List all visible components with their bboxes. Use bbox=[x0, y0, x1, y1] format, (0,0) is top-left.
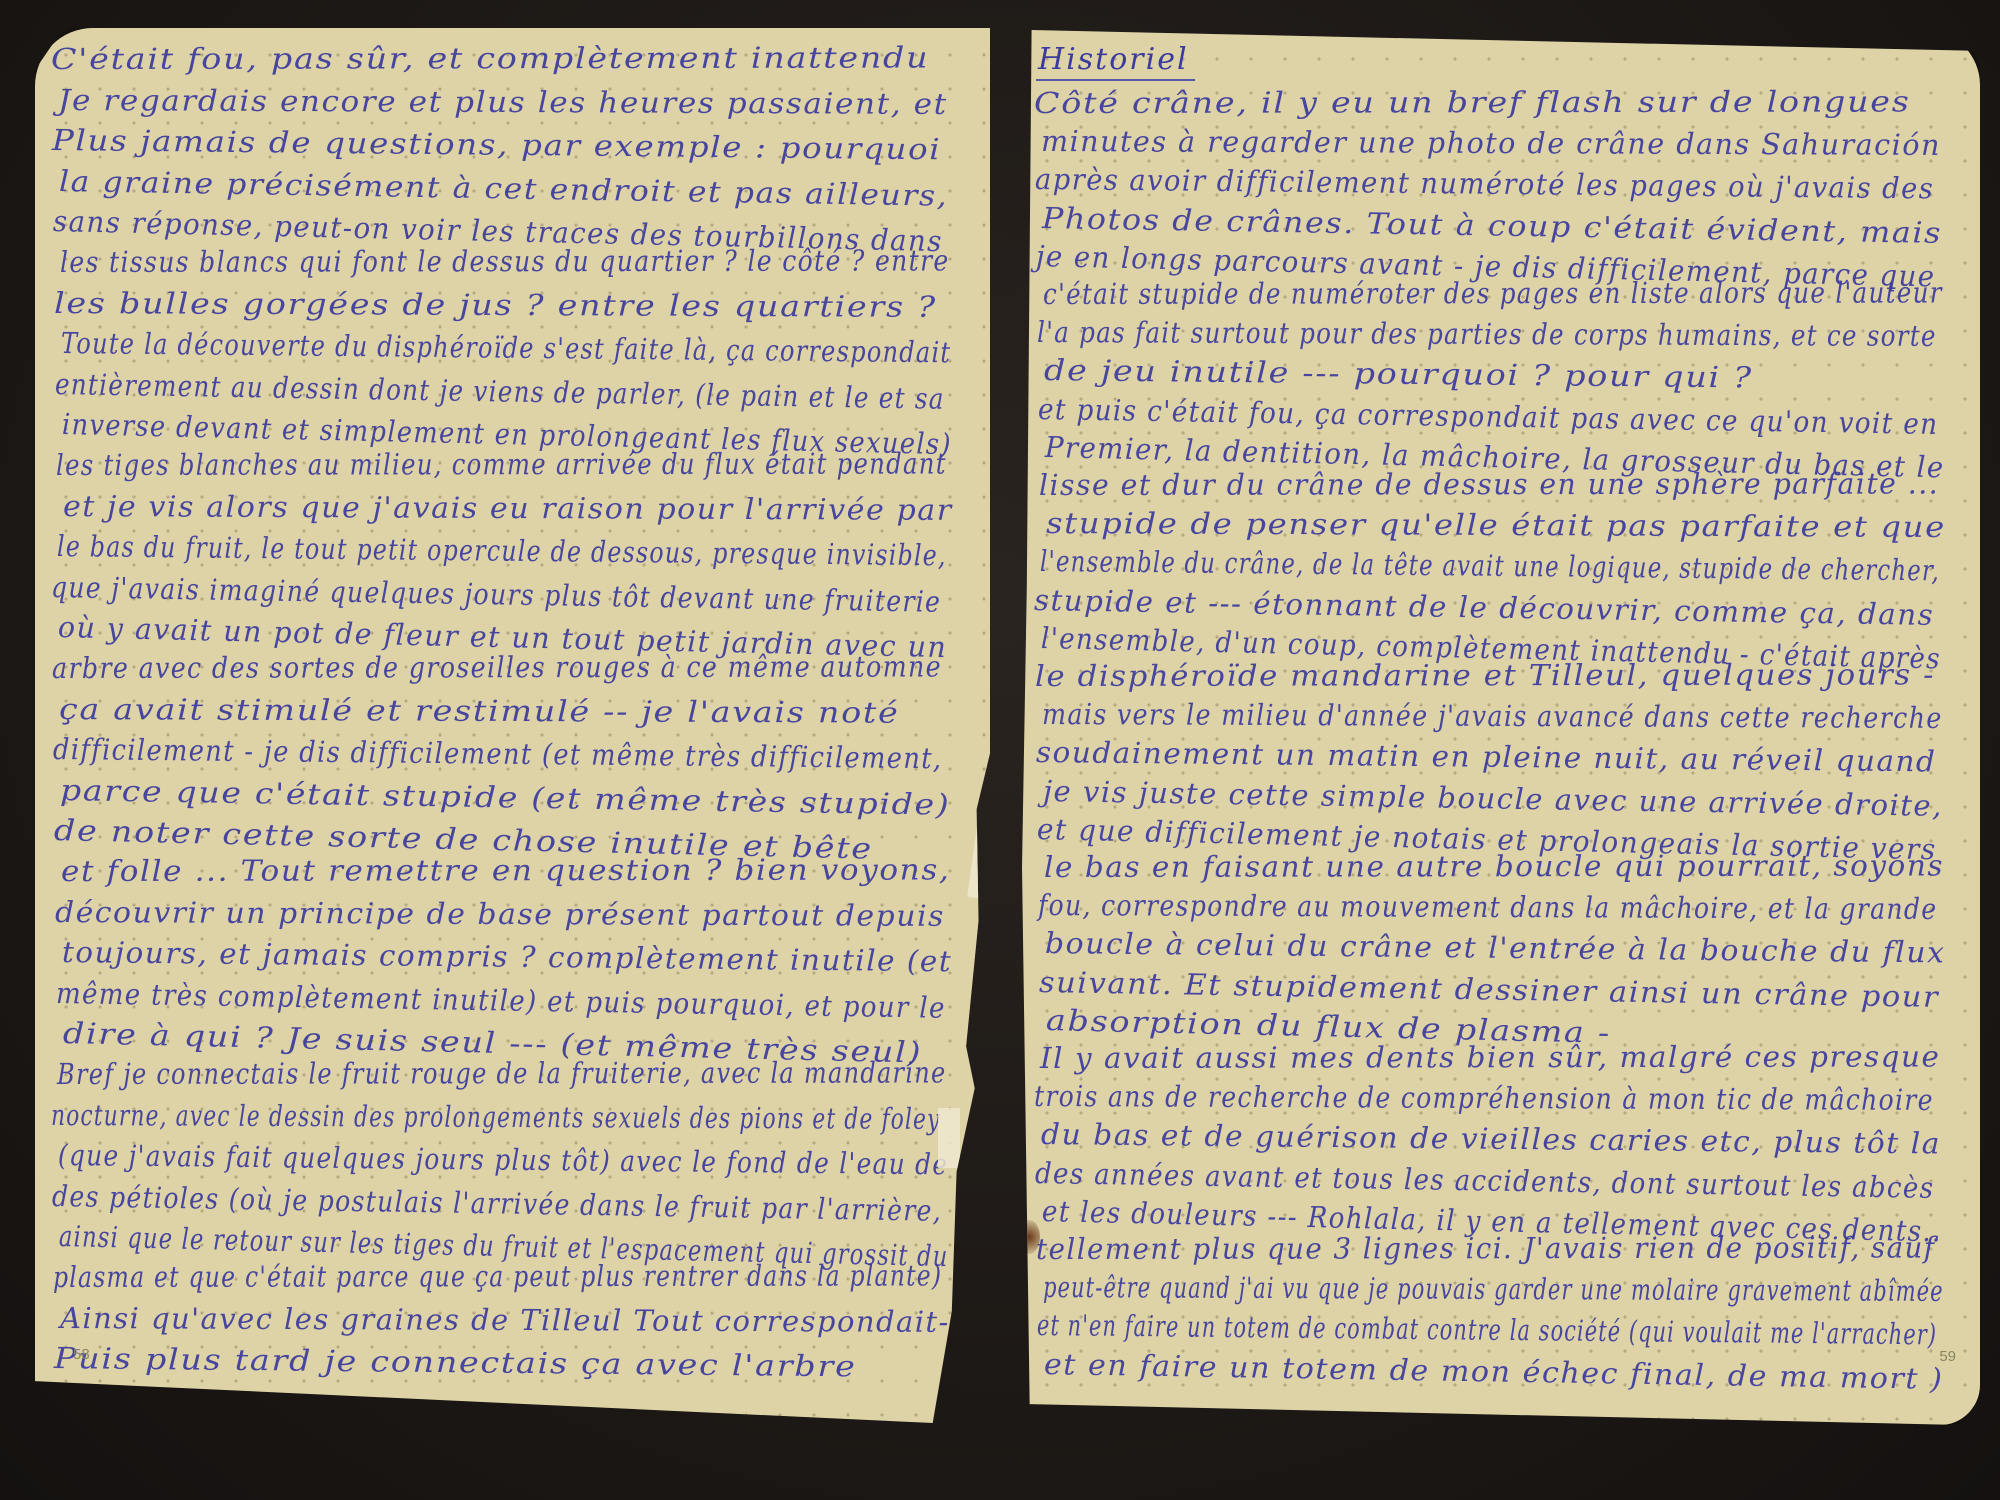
handwritten-line: nocturne, avec le dessin des prolongemen… bbox=[51, 1098, 941, 1136]
handwritten-line: même très complètement inutile) et puis … bbox=[56, 976, 946, 1025]
handwritten-line: Bref je connectais le fruit rouge de la … bbox=[57, 1055, 947, 1091]
handwritten-line: Toute la découverte du disphéroïde s'est… bbox=[61, 326, 952, 369]
handwritten-line: les tiges blanches au milieu, comme arri… bbox=[56, 446, 947, 482]
notebook-page-right: Historiel Côté crâne, il y eu un bref fl… bbox=[1022, 30, 1980, 1425]
handwritten-line: c'était stupide de numéroter des pages e… bbox=[1043, 275, 1943, 311]
handwritten-line: que j'avais imaginé quelques jours plus … bbox=[51, 570, 942, 619]
handwritten-line: des pétioles (où je postulais l'arrivée … bbox=[52, 1179, 943, 1228]
handwritten-line: toujours, et jamais compris ? complèteme… bbox=[62, 935, 953, 978]
handwritten-line: minutes à regarder une photo de crâne da… bbox=[1041, 124, 1941, 162]
handwritten-line: entièrement au dessin dont je viens de p… bbox=[55, 367, 945, 416]
handwritten-line: trois ans de recherche de compréhension … bbox=[1034, 1079, 1934, 1117]
handwritten-line: C'était fou, pas sûr, et complètement in… bbox=[51, 40, 929, 76]
handwritten-line: Ainsi qu'avec les graines de Tilleul Tou… bbox=[60, 1301, 950, 1339]
handwritten-line: peut-être quand j'ai vu que je pouvais g… bbox=[1043, 1270, 1944, 1308]
handwritten-line: Plus jamais de questions, par exemple : … bbox=[52, 123, 942, 166]
handwritten-line: Côté crâne, il y eu un bref flash sur de… bbox=[1034, 84, 1911, 120]
handwritten-line: Je regardais encore et plus les heures p… bbox=[58, 83, 948, 121]
right-page-text: Côté crâne, il y eu un bref flash sur de… bbox=[1022, 30, 1980, 1425]
handwritten-line: du bas et de guérison de vieilles caries… bbox=[1041, 1117, 1941, 1160]
handwritten-line: la graine précisément à cet endroit et p… bbox=[59, 164, 949, 213]
handwritten-line: plasma et que c'était parce que ça peut … bbox=[53, 1258, 942, 1294]
handwritten-line: tellement plus que 3 lignes ici. J'avais… bbox=[1036, 1230, 1936, 1266]
handwritten-line: mais vers le milieu d'année j'avais avan… bbox=[1042, 697, 1943, 735]
handwritten-line: les bulles gorgées de jus ? entre les qu… bbox=[54, 286, 937, 324]
handwritten-line: et folle ... Tout remettre en question ?… bbox=[61, 852, 950, 888]
handwritten-line: parce que c'était stupide (et même très … bbox=[60, 773, 951, 822]
handwritten-line: fou, correspondre au mouvement dans la m… bbox=[1038, 888, 1938, 926]
handwritten-line: arbre avec des sortes de groseilles roug… bbox=[52, 649, 942, 685]
handwritten-line: le bas du fruit, le tout petit opercule … bbox=[57, 529, 947, 572]
handwritten-line: ça avait stimulé et restimulé -- je l'av… bbox=[59, 692, 900, 730]
handwritten-line: stupide de penser qu'elle était pas parf… bbox=[1046, 506, 1946, 544]
handwritten-line: Il y avait aussi mes dents bien sûr, mal… bbox=[1040, 1039, 1940, 1075]
handwritten-line: après avoir difficilement numéroté les p… bbox=[1035, 162, 1935, 205]
handwritten-line: de jeu inutile --- pourquoi ? pour qui ? bbox=[1044, 353, 1753, 394]
left-page-text: C'était fou, pas sûr, et complètement in… bbox=[35, 28, 990, 1423]
handwritten-line: les tissus blancs qui font le dessus du … bbox=[60, 243, 950, 279]
handwritten-line: et en faire un totem de mon échec final,… bbox=[1044, 1347, 1944, 1396]
page-number-left: 58 bbox=[73, 1346, 90, 1363]
handwritten-line: le disphéroïde mandarine et Tilleul, que… bbox=[1035, 657, 1935, 693]
handwritten-line: lisse et dur du crâne de dessus en une s… bbox=[1039, 466, 1939, 502]
handwritten-line: difficilement - je dis difficilement (et… bbox=[53, 732, 943, 775]
handwritten-line: soudainement un matin en pleine nuit, au… bbox=[1036, 735, 1937, 778]
handwritten-line: le bas en faisant une autre boucle qui p… bbox=[1044, 848, 1944, 884]
page-number-right: 59 bbox=[1939, 1348, 1956, 1365]
handwritten-line: (que j'avais fait quelques jours plus tô… bbox=[58, 1138, 949, 1181]
handwritten-line: l'a pas fait surtout pour des parties de… bbox=[1037, 315, 1937, 353]
handwritten-line: et je vis alors que j'avais eu raison po… bbox=[63, 489, 953, 527]
handwritten-line: Puis plus tard je connectais ça avec l'a… bbox=[54, 1341, 857, 1383]
handwritten-line: boucle à celui du crâne et l'entrée à la… bbox=[1045, 926, 1946, 969]
handwritten-line: et n'en faire un totem de combat contre … bbox=[1037, 1308, 1937, 1351]
notebook-page-left: C'était fou, pas sûr, et complètement in… bbox=[35, 28, 990, 1423]
handwritten-line: l'ensemble du crâne, de la tête avait un… bbox=[1040, 544, 1940, 587]
handwritten-line: découvrir un principe de base présent pa… bbox=[55, 895, 945, 933]
paper-tear bbox=[938, 1108, 960, 1168]
